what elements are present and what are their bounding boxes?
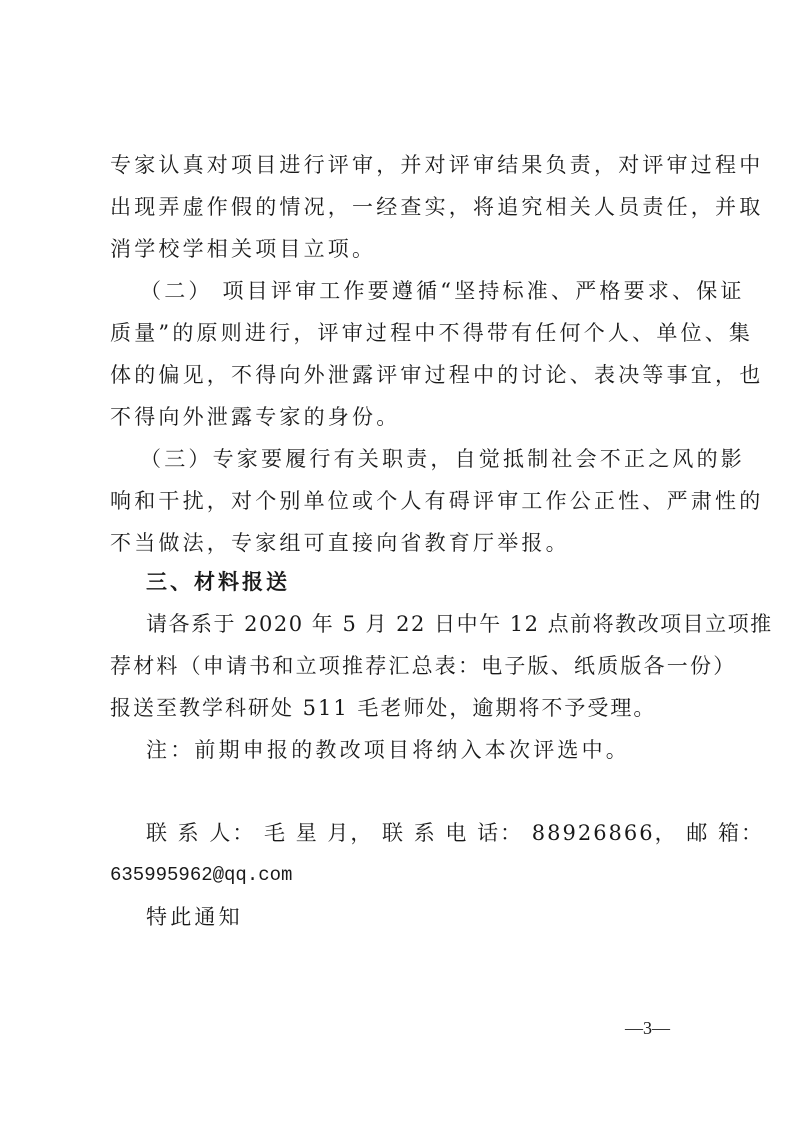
paragraph-line: 注：前期申报的教改项目将纳入本次评选中。 <box>146 737 730 763</box>
contact-line: 联 系 人： 毛 星 月， 联 系 电 话： 88926866， 邮 箱： <box>146 820 730 846</box>
paragraph-line: （二） 项目评审工作要遵循“坚持标准、严格要求、保证 <box>140 278 724 304</box>
document-page: 专家认真对项目进行评审，并对评审结果负责，对评审过程中 出现弄虚作假的情况，一经… <box>0 0 793 1122</box>
paragraph-line: （三）专家要履行有关职责，自觉抵制社会不正之风的影 <box>140 446 724 472</box>
page-number: —3— <box>625 1018 670 1039</box>
paragraph-line: 消学校学相关项目立项。 <box>110 236 694 262</box>
paragraph-line: 体的偏见，不得向外泄露评审过程中的讨论、表决等事宜，也 <box>110 362 694 388</box>
section-heading: 三、材料报送 <box>146 569 730 595</box>
paragraph-line: 专家认真对项目进行评审，并对评审结果负责，对评审过程中 <box>110 152 694 178</box>
closing-line: 特此通知 <box>146 904 730 930</box>
paragraph-line: 质量”的原则进行，评审过程中不得带有任何个人、单位、集 <box>110 320 694 346</box>
paragraph-line: 报送至教学科研处 511 毛老师处，逾期将不予受理。 <box>110 695 694 721</box>
paragraph-line: 响和干扰，对个别单位或个人有碍评审工作公正性、严肃性的 <box>110 488 694 514</box>
paragraph-line: 请各系于 2020 年 5 月 22 日中午 12 点前将教改项目立项推 <box>146 611 730 637</box>
paragraph-line: 不得向外泄露专家的身份。 <box>110 404 694 430</box>
paragraph-line: 荐材料（申请书和立项推荐汇总表：电子版、纸质版各一份） <box>110 653 694 679</box>
contact-email: 635995962@qq.com <box>110 862 694 888</box>
paragraph-line: 不当做法，专家组可直接向省教育厅举报。 <box>110 530 694 556</box>
paragraph-line: 出现弄虚作假的情况，一经查实，将追究相关人员责任，并取 <box>110 194 694 220</box>
